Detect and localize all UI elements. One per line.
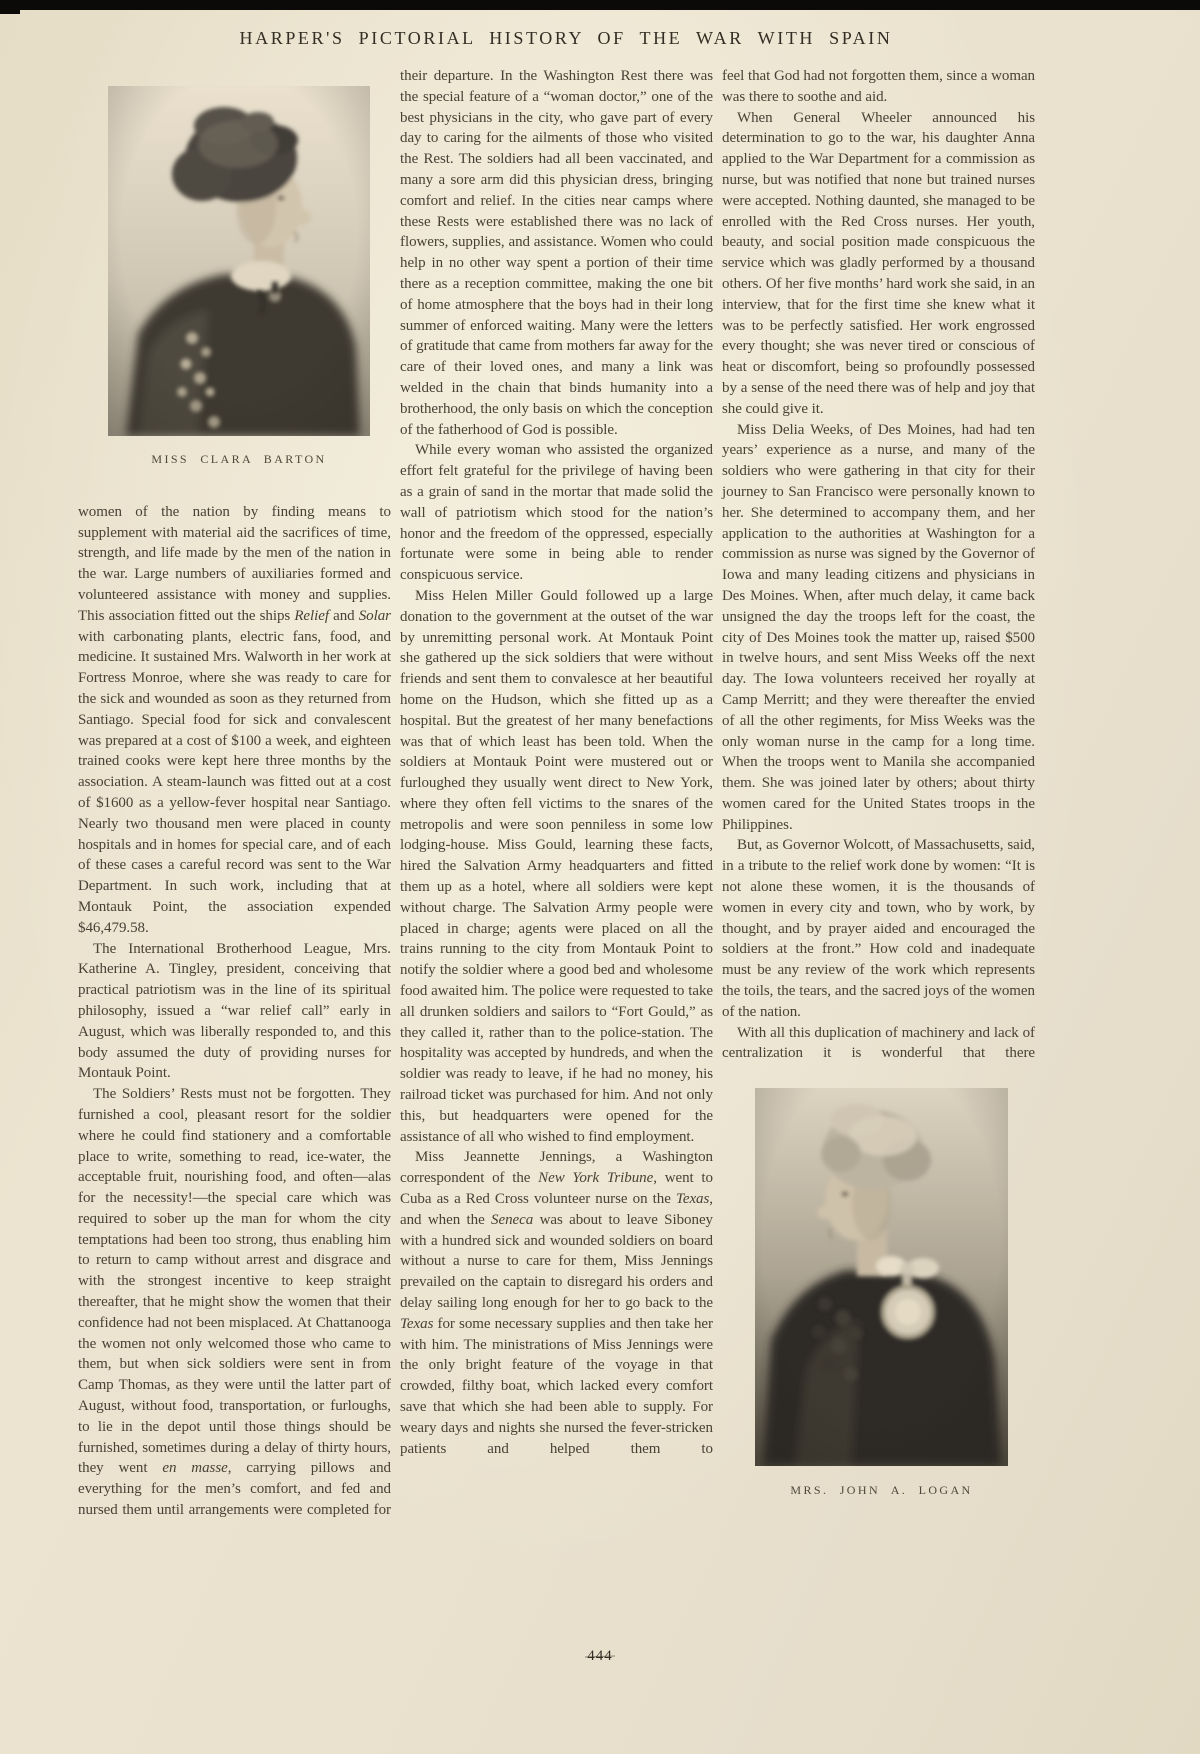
john-logan-photo bbox=[755, 1088, 1008, 1466]
column-3-text: feel that God had not forgotten them, si… bbox=[722, 66, 1035, 1064]
scan-edge-corner bbox=[0, 0, 20, 14]
page-number: 444 bbox=[0, 1648, 1200, 1665]
column-1: MISS CLARA BARTON women of the nation by… bbox=[78, 66, 391, 1521]
paragraph: The International Brotherhood League, Mr… bbox=[78, 939, 391, 1085]
clara-barton-figure: MISS CLARA BARTON bbox=[108, 86, 370, 470]
paragraph: While every woman who assisted the organ… bbox=[400, 440, 713, 586]
running-head: HARPER'S PICTORIAL HISTORY OF THE WAR WI… bbox=[0, 28, 1132, 49]
paragraph: Miss Jeannette Jennings, a Washington co… bbox=[400, 1147, 713, 1459]
column-2-text: their departure. In the Washington Rest … bbox=[400, 66, 713, 1459]
paragraph: Miss Delia Weeks, of Des Moines, had had… bbox=[722, 420, 1035, 836]
scan-edge bbox=[0, 0, 1200, 10]
column-2: their departure. In the Washington Rest … bbox=[400, 66, 713, 1459]
paragraph: women of the nation by finding means to … bbox=[78, 502, 391, 939]
paragraph: their departure. In the Washington Rest … bbox=[400, 66, 713, 440]
paragraph: The Soldiers’ Rests must not be forgotte… bbox=[78, 1084, 391, 1521]
paragraph: feel that God had not forgotten them, si… bbox=[722, 66, 1035, 108]
column-3: feel that God had not forgotten them, si… bbox=[722, 66, 1035, 1501]
paragraph: But, as Governor Wolcott, of Massachuset… bbox=[722, 835, 1035, 1022]
clara-barton-photo bbox=[108, 86, 370, 436]
john-logan-caption: MRS. JOHN A. LOGAN bbox=[755, 1480, 1008, 1501]
john-logan-figure: MRS. JOHN A. LOGAN bbox=[755, 1088, 1008, 1501]
clara-barton-caption: MISS CLARA BARTON bbox=[108, 449, 370, 470]
paragraph: With all this duplication of machinery a… bbox=[722, 1023, 1035, 1065]
column-1-text: women of the nation by finding means to … bbox=[78, 502, 391, 1521]
book-page: HARPER'S PICTORIAL HISTORY OF THE WAR WI… bbox=[0, 0, 1200, 1754]
paragraph: When General Wheeler announced his deter… bbox=[722, 108, 1035, 420]
paragraph: Miss Helen Miller Gould followed up a la… bbox=[400, 586, 713, 1148]
